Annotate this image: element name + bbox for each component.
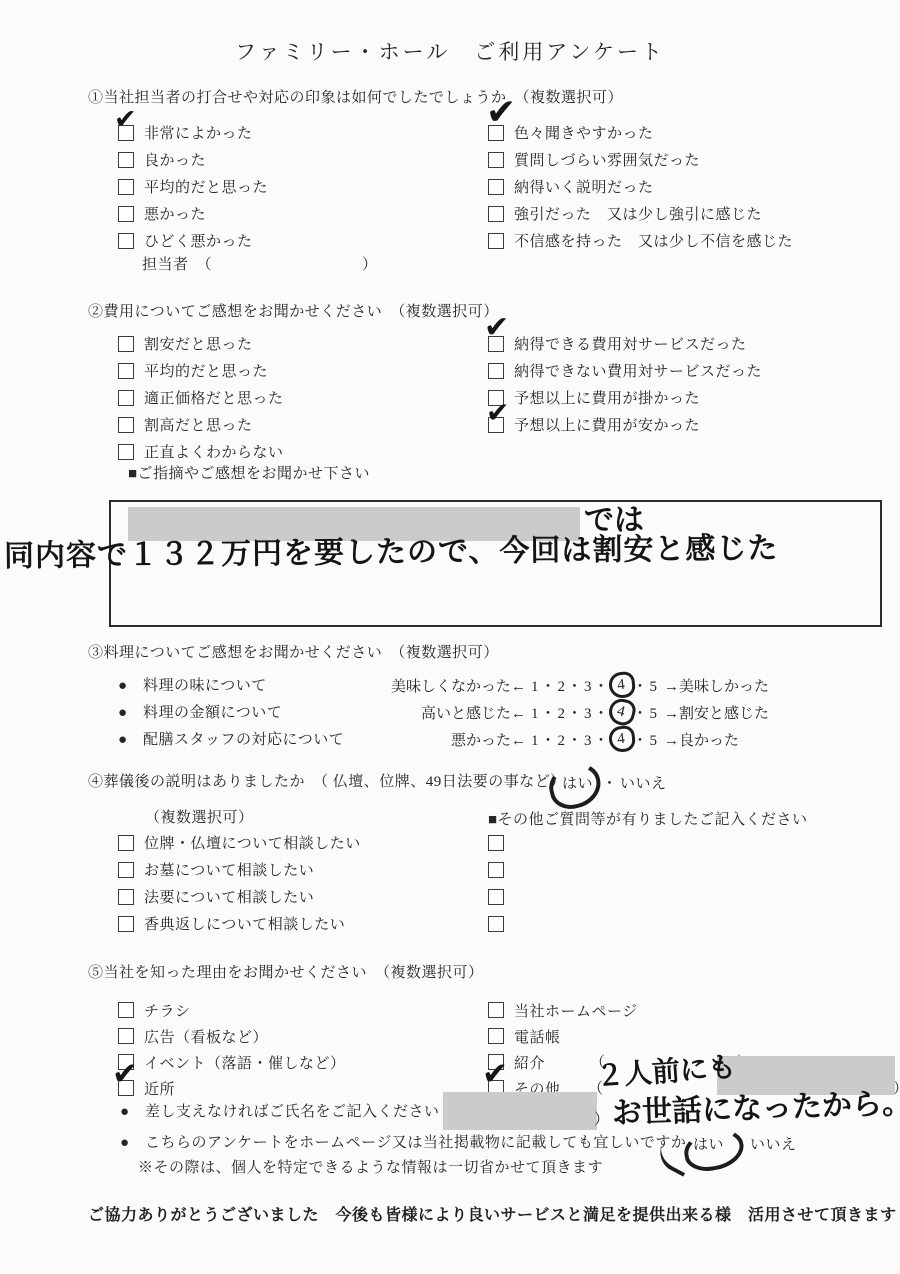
option-label: 納得できない費用対サービスだった [514,360,762,381]
selected-rating: 4 [615,703,628,722]
selected-rating: 4 [616,676,627,694]
option-row: 割安だと思った [118,330,284,357]
rating-topic: ● 料理の金額について [118,701,282,722]
option-row: 質問しづらい雰囲気だった [488,146,793,173]
option-row: 強引だった 又は少し強引に感じた [488,200,793,227]
staff-paren-close: ） [362,257,378,273]
option-label: 予想以上に費用が掛かった [514,387,700,408]
option-label: 悪かった [144,203,206,224]
checkbox[interactable] [118,390,134,406]
option-label: 割高だと思った [144,414,253,435]
checkbox[interactable] [488,152,504,168]
option-row: 納得できる費用対サービスだった ✔ [488,330,762,357]
option-label: 予想以上に費用が安かった [514,414,700,435]
checkbox[interactable] [118,1028,134,1044]
checkbox[interactable] [118,206,134,222]
scale-post: ・5 [633,729,660,750]
checkbox[interactable] [118,1002,134,1018]
option-row: 近所 ✔ [118,1075,346,1101]
privacy-note: ※その際は、個人を特定できるような情報は一切省かせて頂きます [138,1156,603,1177]
checkbox[interactable] [488,1054,504,1070]
option-row: 納得できない費用対サービスだった [488,357,762,384]
option-label: 納得いく説明だった [514,176,654,197]
option-label: 法要について相談したい [144,886,314,907]
publish-answer-no[interactable]: いいえ [750,1133,797,1154]
checkbox[interactable] [118,233,134,249]
page-title: ファミリー・ホール ご利用アンケート [0,36,900,66]
option-row: ひどく悪かった [118,227,268,254]
scale-values: 1・2・3・4・5 [531,726,659,752]
checkbox[interactable] [488,336,504,352]
q4-heading: ④葬儀後の説明はありましたか （ 仏壇、位牌、49日法要の事など） [88,770,566,791]
comments-heading: ■ご指摘やご感想をお聞かせ下さい [128,462,370,483]
selected-rating-circle[interactable]: 4 [607,725,636,754]
checkbox[interactable] [118,125,134,141]
option-label: 紹介 [514,1052,545,1073]
checkbox[interactable] [488,206,504,222]
checkbox[interactable] [118,152,134,168]
checkbox[interactable] [488,390,504,406]
checkbox[interactable] [488,363,504,379]
scale-post: ・5 [633,702,660,723]
option-row: 割高だと思った [118,411,284,438]
checkbox[interactable] [488,179,504,195]
q4-left-options: 位牌・仏壇について相談したい お墓について相談したい 法要について相談したい 香… [118,829,361,937]
option-row: 悪かった [118,200,268,227]
rating-row: ● 配膳スタッフの対応について 悪かった← 1・2・3・4・5 →良かった [118,724,818,751]
option-row: 平均的だと思った [118,357,284,384]
option-row: 不信感を持った 又は少し不信を感じた [488,227,793,254]
checkbox[interactable] [488,233,504,249]
option-label: 位牌・仏壇について相談したい [144,832,361,853]
option-row: 色々聞きやすかった ✔ [488,119,793,146]
option-row: 予想以上に費用が安かった ✔ [488,411,762,438]
name-paren-close: ） [594,1108,610,1129]
handwriting-reason-1: ２人前にも [595,1053,737,1091]
q1-right-options: 色々聞きやすかった ✔ 質問しづらい雰囲気だった 納得いく説明だった 強引だった… [488,119,793,254]
staff-name-field: 担当者 （） [142,253,378,274]
option-label: 納得できる費用対サービスだった [514,333,747,354]
scale-high-label: →良かった [664,729,739,750]
option-row: 法要について相談したい [118,883,361,910]
checkbox[interactable] [118,889,134,905]
option-label: 不信感を持った 又は少し不信を感じた [514,230,793,251]
option-label: 強引だった 又は少し強引に感じた [514,203,762,224]
q1-heading: ①当社担当者の打合せや対応の印象は如何でしたでしょうか （複数選択可） [88,86,623,107]
option-label: お墓について相談したい [144,859,314,880]
checkbox[interactable] [488,1028,504,1044]
checkbox[interactable] [118,1080,134,1096]
option-row: 正直よくわからない [118,438,284,465]
scale-post: ・5 [633,675,660,696]
rating-scale: 美味しくなかった← 1・2・3・4・5 →美味しかった [390,672,769,698]
q4-other-heading: ■その他ご質問等が有りましたご記入ください [488,808,808,829]
q5-heading: ⑤当社を知った理由をお聞かせください （複数選択可） [88,961,484,982]
option-row: 適正価格だと思った [118,384,284,411]
selected-rating: 4 [616,730,627,748]
q4-answer-no[interactable]: いいえ [620,772,667,793]
checkbox[interactable] [118,363,134,379]
checkbox[interactable] [118,1054,134,1070]
selected-rating-circle[interactable]: 4 [607,671,636,700]
q2-left-options: 割安だと思った 平均的だと思った 適正価格だと思った 割高だと思った 正直よくわ… [118,330,284,465]
option-label: 平均的だと思った [144,176,268,197]
option-label: 平均的だと思った [144,360,268,381]
q4-other-checkboxes [488,829,514,937]
checkbox[interactable] [118,916,134,932]
survey-page: ファミリー・ホール ご利用アンケート ①当社担当者の打合せや対応の印象は如何でし… [0,0,900,1274]
option-label: チラシ [144,1000,191,1021]
footer-thanks: ご協力ありがとうございました 今後も皆様により良いサービスと満足を提供出来る様 … [88,1202,897,1225]
publish-permission-line: ● こちらのアンケートをホームページ又は当社掲載物に記載しても宜しいですか [120,1131,686,1152]
scale-values: 1・2・3・4・5 [531,699,659,725]
scale-low-label: 悪かった← [390,729,526,750]
checkbox[interactable] [488,417,504,433]
checkbox[interactable] [488,889,504,905]
scale-pre: 1・2・3・ [531,675,611,696]
checkbox[interactable] [118,835,134,851]
rating-scale: 悪かった← 1・2・3・4・5 →良かった [390,726,739,752]
rating-scale: 高いと感じた← 1・2・3・4・5 →割安と感じた [390,699,769,725]
option-label: ひどく悪かった [144,230,253,251]
scale-values: 1・2・3・4・5 [531,672,659,698]
option-label: 良かった [144,149,206,170]
checkbox[interactable] [118,179,134,195]
staff-label: 担当者 （ [142,257,212,273]
option-label: 当社ホームページ [514,1000,638,1021]
option-row [488,856,514,883]
q3-rating-rows: ● 料理の味について 美味しくなかった← 1・2・3・4・5 →美味しかった ●… [118,670,818,751]
option-label: 適正価格だと思った [144,387,284,408]
checkbox[interactable] [488,125,504,141]
option-label: 質問しづらい雰囲気だった [514,149,700,170]
checkbox[interactable] [118,417,134,433]
scale-high-label: →割安と感じた [664,702,769,723]
q2-right-options: 納得できる費用対サービスだった ✔ 納得できない費用対サービスだった 予想以上に… [488,330,762,438]
option-row: 非常によかった ✔ [118,119,268,146]
option-row: 広告（看板など） [118,1023,346,1049]
option-row: 電話帳 [488,1023,638,1049]
rating-row: ● 料理の金額について 高いと感じた← 1・2・3・4・5 →割安と感じた [118,697,818,724]
option-label: イベント（落語・催しなど） [144,1052,346,1073]
handwriting-reason-2: お世話になったから。 [612,1089,900,1129]
checkbox[interactable] [118,862,134,878]
option-label: 非常によかった [144,122,253,143]
option-row: 位牌・仏壇について相談したい [118,829,361,856]
q5-left-options: チラシ 広告（看板など） イベント（落語・催しなど） 近所 ✔ [118,997,346,1101]
option-label: 電話帳 [514,1026,561,1047]
option-label: 正直よくわからない [144,441,284,462]
checkbox[interactable] [488,835,504,851]
hand-circle-yes [544,758,605,813]
option-label: 近所 [144,1078,175,1099]
scale-pre: 1・2・3・ [531,729,611,750]
name-request-line: ● 差し支えなければご氏名をご記入ください （ [120,1100,463,1121]
handwriting-comment-2: 同内容で１３２万円を要したので、今回は割安と感じた [4,534,779,572]
option-row: 良かった [118,146,268,173]
q2-heading: ②費用についてご感想をお聞かせください （複数選択可） [88,300,499,321]
q3-heading: ③料理についてご感想をお聞かせください （複数選択可） [88,641,499,662]
rating-row: ● 料理の味について 美味しくなかった← 1・2・3・4・5 →美味しかった [118,670,818,697]
rating-topic: ● 料理の味について [118,674,267,695]
rating-topic: ● 配膳スタッフの対応について [118,728,344,749]
option-label: 色々聞きやすかった [514,122,654,143]
option-row: イベント（落語・催しなど） [118,1049,346,1075]
option-label: 香典返しについて相談したい [144,913,345,934]
checkbox[interactable] [118,336,134,352]
checkbox[interactable] [118,444,134,460]
option-row: 当社ホームページ [488,997,638,1023]
option-row [488,910,514,937]
checkbox[interactable] [488,916,504,932]
option-row [488,883,514,910]
option-label: 割安だと思った [144,333,253,354]
option-row: お墓について相談したい [118,856,361,883]
option-row: 予想以上に費用が掛かった [488,384,762,411]
option-row [488,829,514,856]
scale-pre: 1・2・3・ [531,702,611,723]
scale-high-label: →美味しかった [664,675,769,696]
scale-low-label: 高いと感じた← [390,702,526,723]
option-row: 香典返しについて相談したい [118,910,361,937]
option-row: 納得いく説明だった [488,173,793,200]
checkbox[interactable] [488,1002,504,1018]
option-label: 広告（看板など） [144,1026,268,1047]
redaction-block [443,1092,597,1130]
scale-low-label: 美味しくなかった← [390,675,526,696]
option-row: 平均的だと思った [118,173,268,200]
q1-left-options: 非常によかった ✔ 良かった 平均的だと思った 悪かった ひどく悪かった [118,119,268,254]
q4-answer-separator: ・ [602,772,618,793]
q4-note: （複数選択可） [145,806,254,827]
option-row: チラシ [118,997,346,1023]
checkbox[interactable] [488,862,504,878]
